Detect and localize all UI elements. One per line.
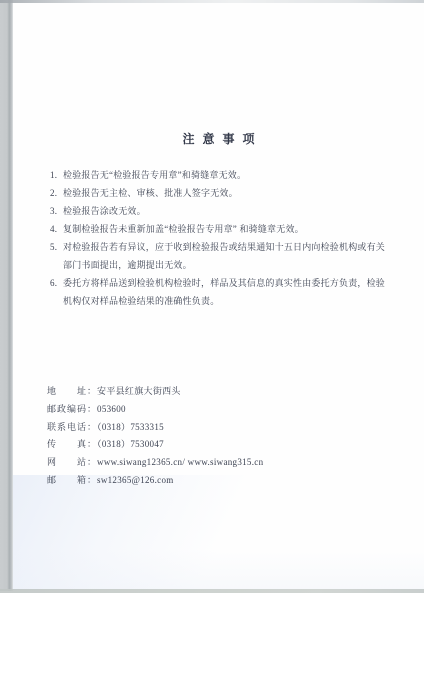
scan-shading-bottom bbox=[13, 550, 424, 590]
scan-bottom-edge-shadow bbox=[0, 589, 424, 593]
notice-item: 6. 委托方将样品送到检验机构检验时，样品及其信息的真实性由委托方负责，检验机构… bbox=[50, 274, 394, 310]
contact-row-email: 邮 箱：sw12365@126.com bbox=[47, 472, 263, 490]
contact-row-website: 网 站：www.siwang12365.cn/ www.siwang315.cn bbox=[47, 454, 263, 472]
contact-label: 传 真： bbox=[47, 439, 97, 449]
contact-label: 邮 箱： bbox=[47, 475, 97, 485]
notice-item-number: 3. bbox=[50, 202, 63, 220]
page-title: 注意事项 bbox=[13, 130, 424, 147]
notice-item: 1. 检验报告无“检验报告专用章”和骑缝章无效。 bbox=[50, 166, 394, 184]
notice-item-text: 检验报告涂改无效。 bbox=[63, 202, 394, 220]
scanned-document-view: 注意事项 1. 检验报告无“检验报告专用章”和骑缝章无效。 2. 检验报告无主检… bbox=[0, 0, 424, 700]
contact-value: sw12365@126.com bbox=[97, 475, 174, 485]
notice-item: 3. 检验报告涂改无效。 bbox=[50, 202, 394, 220]
contact-label: 地 址： bbox=[47, 386, 97, 396]
contact-row-phone: 联系电话：（0318）7533315 bbox=[47, 419, 263, 437]
scan-left-edge-shadow bbox=[0, 0, 13, 591]
contact-row-address: 地 址：安平县红旗大街西头 bbox=[47, 383, 263, 401]
contact-value: （0318）7530047 bbox=[97, 439, 164, 449]
contact-info-block: 地 址：安平县红旗大街西头 邮政编码：053600 联系电话：（0318）753… bbox=[47, 383, 263, 490]
notice-item-text: 对检验报告若有异议，应于收到检验报告或结果通知十五日内向检验机构或有关部门书面提… bbox=[63, 238, 394, 274]
contact-value: 安平县红旗大街西头 bbox=[97, 386, 181, 396]
contact-label: 联系电话： bbox=[47, 422, 97, 432]
notice-item: 4. 复制检验报告未重新加盖“检验报告专用章” 和骑缝章无效。 bbox=[50, 220, 394, 238]
notice-item-text: 复制检验报告未重新加盖“检验报告专用章” 和骑缝章无效。 bbox=[63, 220, 394, 238]
scan-shading bbox=[13, 475, 303, 590]
contact-row-fax: 传 真：（0318）7530047 bbox=[47, 436, 263, 454]
contact-row-postcode: 邮政编码：053600 bbox=[47, 401, 263, 419]
notice-item-number: 2. bbox=[50, 184, 63, 202]
notice-item-number: 6. bbox=[50, 274, 63, 292]
contact-label: 邮政编码： bbox=[47, 404, 97, 414]
notice-item-number: 4. bbox=[50, 220, 63, 238]
notice-item-text: 委托方将样品送到检验机构检验时，样品及其信息的真实性由委托方负责，检验机构仅对样… bbox=[63, 274, 394, 310]
contact-value: www.siwang12365.cn/ www.siwang315.cn bbox=[97, 457, 263, 467]
scanned-page: 注意事项 1. 检验报告无“检验报告专用章”和骑缝章无效。 2. 检验报告无主检… bbox=[0, 0, 424, 591]
contact-value: 053600 bbox=[97, 404, 126, 414]
notice-list: 1. 检验报告无“检验报告专用章”和骑缝章无效。 2. 检验报告无主检、审核、批… bbox=[50, 166, 394, 310]
notice-item: 2. 检验报告无主检、审核、批准人签字无效。 bbox=[50, 184, 394, 202]
notice-item-text: 检验报告无主检、审核、批准人签字无效。 bbox=[63, 184, 394, 202]
notice-item-number: 5. bbox=[50, 238, 63, 256]
notice-item-text: 检验报告无“检验报告专用章”和骑缝章无效。 bbox=[63, 166, 394, 184]
contact-label: 网 站： bbox=[47, 457, 97, 467]
notice-item-number: 1. bbox=[50, 166, 63, 184]
contact-value: （0318）7533315 bbox=[97, 422, 164, 432]
notice-item: 5. 对检验报告若有异议，应于收到检验报告或结果通知十五日内向检验机构或有关部门… bbox=[50, 238, 394, 274]
